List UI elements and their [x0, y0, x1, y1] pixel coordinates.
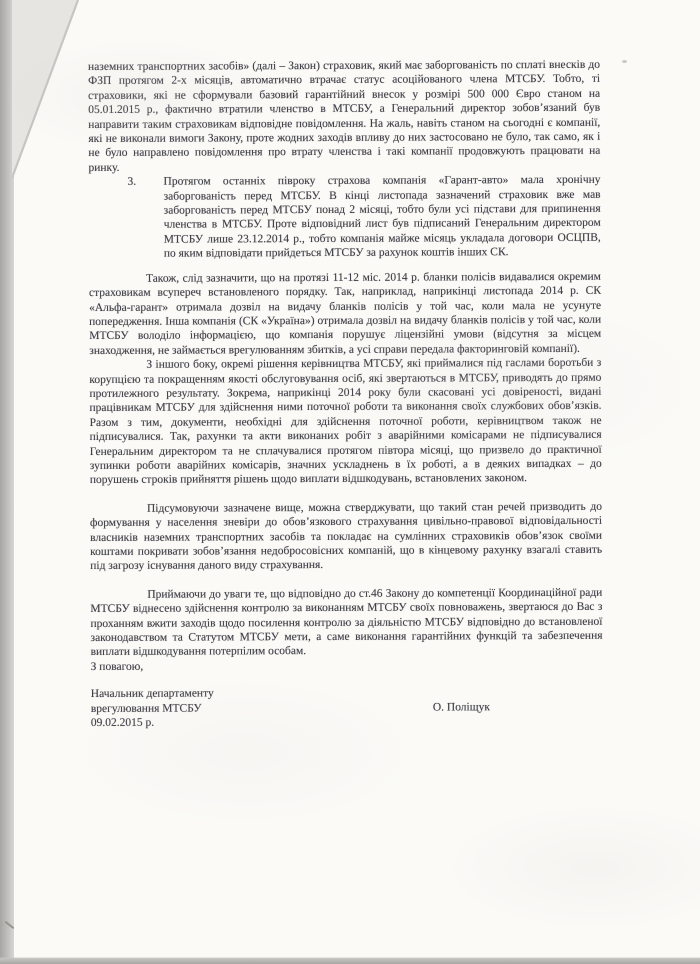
scanned-letter-page: наземних транспортних засобів» (далі – З… — [0, 0, 700, 964]
letter-date: 09.02.2015 р. — [91, 714, 603, 731]
body-paragraph-blanks: Також, слід зазначити, що на протязі 11-… — [89, 269, 601, 358]
list-item-number: 3. — [128, 175, 164, 262]
body-paragraph-management-decisions: З іншого боку, окремі рішення керівництв… — [89, 356, 602, 488]
numbered-list-item-3: 3. Протягом останніх півроку страхова ко… — [128, 173, 601, 262]
signer-name: О. Поліщук — [433, 700, 490, 715]
closing-salutation: З повагою, — [91, 658, 603, 675]
signer-title-line2: врегулювання МТСБУ — [91, 699, 603, 716]
list-item-text: Протягом останніх півроку страхова компа… — [164, 173, 601, 261]
continuation-paragraph: наземних транспортних засобів» (далі – З… — [88, 58, 600, 175]
scan-bottom-edge — [0, 957, 700, 964]
body-paragraph-summary: Підсумовуючи зазначене вище, можна ствер… — [90, 500, 602, 574]
page-corner-fold — [12, 0, 82, 185]
corner-fold-shape — [12, 0, 82, 180]
letter-body: наземних транспортних засобів» (далі – З… — [88, 58, 603, 731]
signature-block: Начальник департаменту врегулювання МТСБ… — [91, 685, 603, 716]
body-paragraph-request: Приймаючи до уваги те, що відповідно до … — [90, 586, 602, 660]
scan-artifact-dot — [622, 60, 627, 63]
